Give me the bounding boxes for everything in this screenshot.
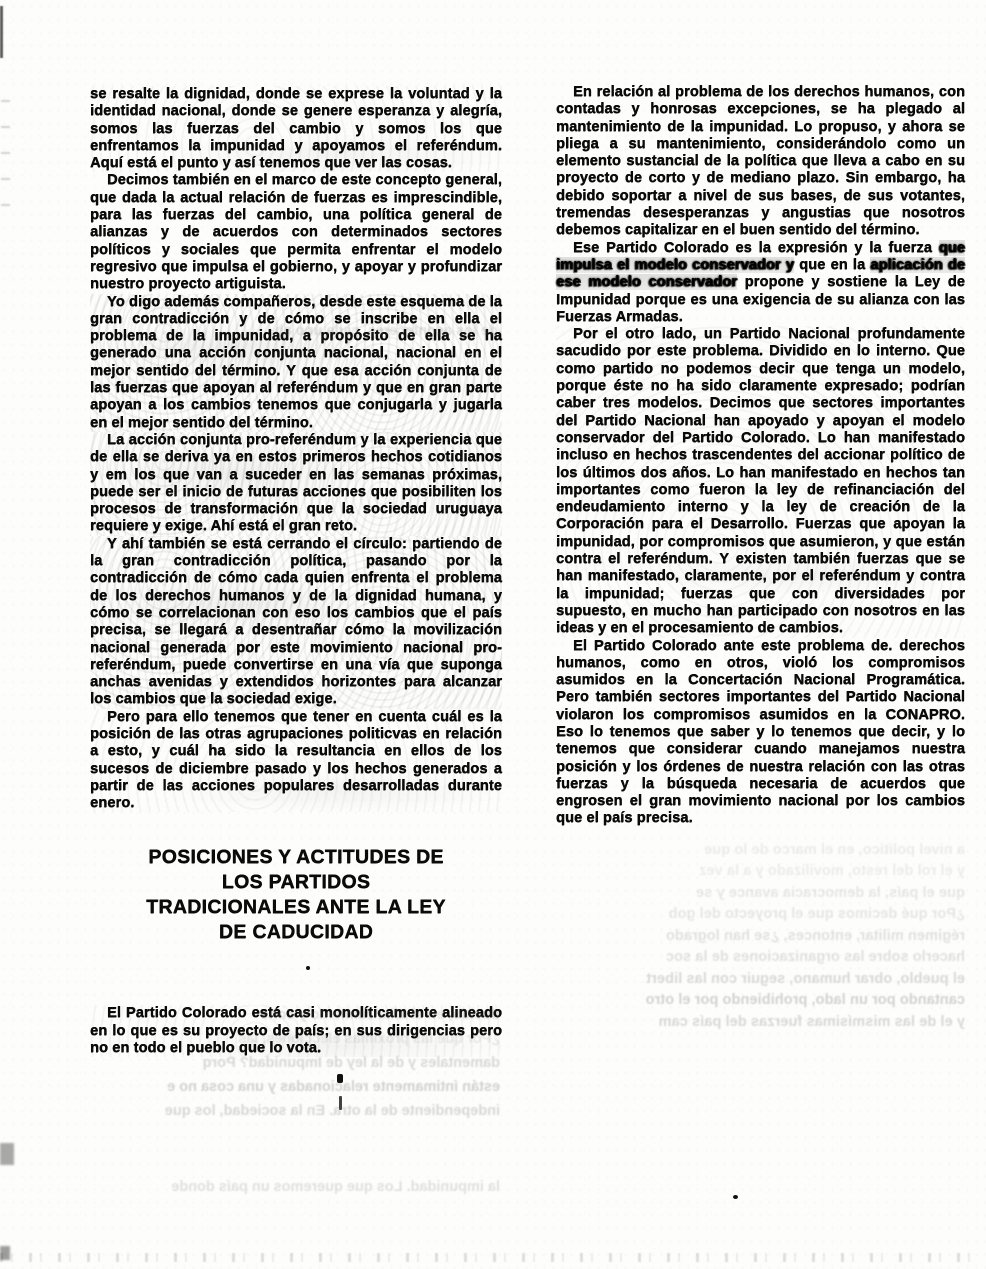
bleed-through-text: que el país, la democracia avance y se: [556, 883, 965, 905]
bleed-through-text: ¿Por qué decimos que el proyecto del gob: [556, 904, 965, 926]
paragraph: El Partido Colorado ante este problema d…: [556, 638, 965, 828]
heading-line: LOS PARTIDOS: [100, 870, 492, 895]
paragraph: Yo digo además compañeros, desde este es…: [90, 294, 502, 432]
paragraph: La acción conjunta pro-referéndum y la e…: [90, 432, 502, 536]
scan-bottom-noise: [0, 1253, 986, 1262]
left-column: se resalte la dignidad, donde se exprese…: [90, 86, 502, 1057]
paragraph: Pero para ello tenemos que tener en cuen…: [90, 709, 502, 813]
heading-line: POSICIONES Y ACTITUDES DE: [100, 845, 492, 870]
bleed-through-text: ducido, en el afianzamiento y cons: [92, 1003, 500, 1027]
bleed-through-text: la impunidad. Los que queremos un país d…: [92, 1175, 500, 1199]
bleed-through-block: ducido, en el afianzamiento y cons ¿Por …: [92, 1003, 500, 1199]
heading-line: TRADICIONALES ANTE LA LEY: [100, 895, 492, 920]
bleed-through-text: independiente de la otra. En la sociedad…: [92, 1099, 500, 1123]
paragraph: Y ahí también se está cerrando el círcul…: [90, 536, 502, 709]
bleed-through-text: y el de las mismísimas fuerzas del país …: [556, 1012, 965, 1034]
paragraph: Decimos también en el marco de este conc…: [90, 172, 502, 293]
scan-edge-artifact: [0, 6, 3, 58]
bleed-through-text: a nivel político, en el marco de lo que: [556, 840, 965, 862]
bleed-through-text: hacerlo sobre las organizaciones de la s…: [556, 947, 965, 969]
paragraph-continuation: se resalte la dignidad, donde se exprese…: [90, 86, 502, 172]
paragraph: Por el otro lado, un Partido Nacional pr…: [556, 326, 965, 637]
paragraph: En relación al problema de los derechos …: [556, 84, 965, 240]
text-segment: que en la: [794, 257, 870, 273]
paragraph-with-overprint: Ese Partido Colorado es la expresión y l…: [556, 240, 965, 326]
bleed-through-text: el pueblo, obrar humano, seguir con las …: [556, 969, 965, 991]
bleed-through-text: ¿Por qué las próximas elecciones, las: [92, 1027, 500, 1051]
bleed-through-text: y el rol del resto, movilizado y a la ve…: [556, 861, 965, 883]
scanned-page: se resalte la dignidad, donde se exprese…: [0, 0, 986, 1269]
right-column: En relación al problema de los derechos …: [556, 84, 965, 1033]
bleed-through-text: régimen militar, entonces, ¿se han logra…: [556, 926, 965, 948]
bleed-through-block: a nivel político, en el marco de lo que …: [556, 840, 965, 1034]
bleed-through-text: cantando por un lado, prohibiendo por el…: [556, 990, 965, 1012]
bleed-through-text: están íntimamente relacionadas y una cos…: [92, 1075, 500, 1099]
heading-line: DE CADUCIDAD: [100, 920, 492, 945]
scan-edge-artifact: [1, 100, 10, 230]
ink-speck: [733, 1195, 738, 1199]
scan-edge-artifact: [0, 1143, 14, 1165]
text-segment: Ese Partido Colorado es la expresión y l…: [573, 240, 939, 256]
bleed-through-text: damentales y de la ley de Impunidad? Por…: [92, 1051, 500, 1075]
section-heading: POSICIONES Y ACTITUDES DE LOS PARTIDOS T…: [100, 845, 492, 945]
bleed-through-text: de los aconteceres, cada uno ab: [262, 323, 498, 339]
ink-speck: [306, 966, 310, 970]
